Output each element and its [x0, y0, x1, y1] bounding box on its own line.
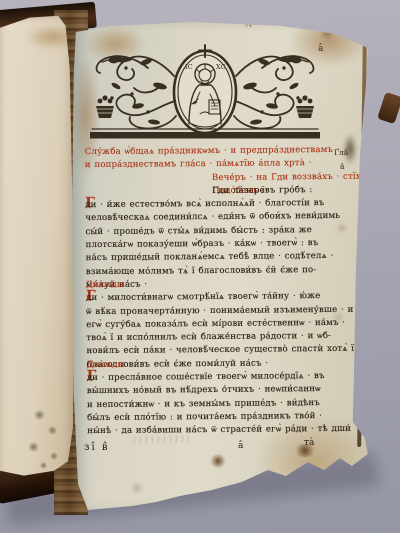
medallion-letters-ic: ІС: [185, 63, 193, 71]
handwritten-mark: ¾: [243, 19, 253, 30]
medallion-letters-xc: ХС: [216, 63, 226, 71]
page-fore-edge-shadow: [357, 42, 367, 447]
text-lines: Слу́жба ѡ́бщаѧ пра́здникѡмъ · и предпра́…: [85, 144, 342, 446]
left-page-spot: [28, 442, 39, 452]
foliage-ornament-left: [96, 55, 178, 128]
page-stain: [210, 454, 226, 468]
footer-center-mark: а̂: [238, 441, 243, 451]
photo-old-slavonic-book: ¾ а̂: [0, 0, 400, 533]
left-page-spot: [50, 452, 58, 460]
page-stain: [132, 484, 142, 492]
bird-icon-left: [102, 55, 132, 63]
rubric-text: Вече́ръ · на Гди воззва́хъ · стїхи́ры ї …: [212, 170, 400, 185]
quire-signature: зі̂ в̂: [84, 442, 109, 453]
left-page-spot: [40, 462, 47, 469]
left-page-spot: [34, 410, 45, 420]
leather-fore-edge-tab: [377, 92, 400, 124]
headpiece-base-bar: [90, 132, 320, 139]
body-text: ны́нѣ · да изба́виши на́съ ѿ страсте́й е…: [87, 423, 351, 439]
right-printed-page: ¾ а̂: [72, 14, 372, 514]
page-stain: [320, 28, 334, 38]
body-text: Гди ла́заревъ гро́бъ :: [212, 184, 312, 198]
woodcut-headpiece: ІС ХС: [88, 44, 322, 146]
catchword: та̀: [304, 438, 314, 448]
left-page-spot: [48, 426, 57, 435]
left-blank-page: [0, 10, 82, 490]
text-line: ны́нѣ · да изба́виши на́съ ѿ страсте́й е…: [87, 423, 341, 439]
christ-medallion: ІС ХС: [174, 45, 236, 133]
